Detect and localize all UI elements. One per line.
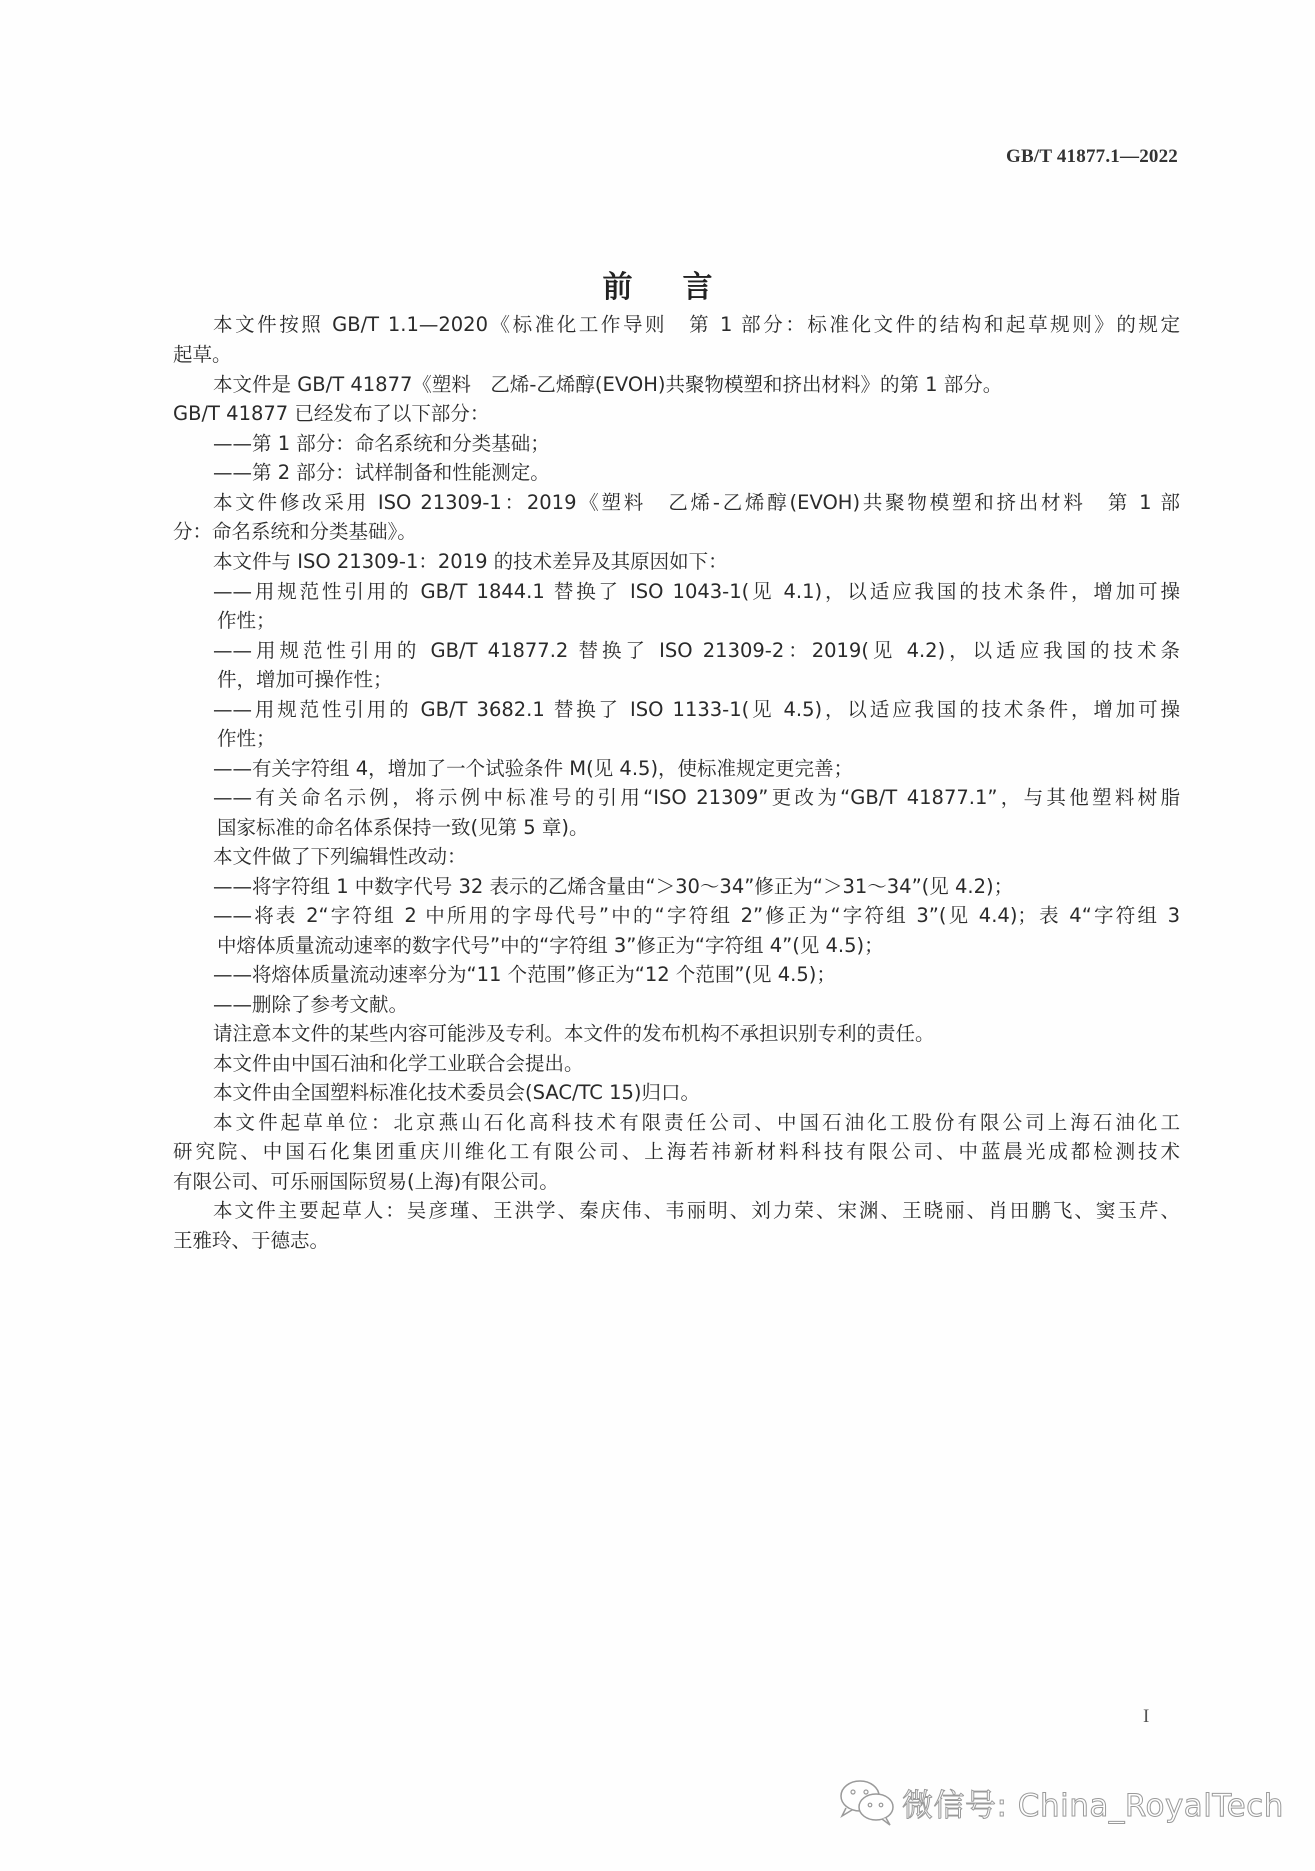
text-line: ——将表 2“字符组 2 中所用的字母代号”中的“字符组 2”修正为“字符组 3…: [213, 901, 1180, 931]
text-line: 本文件按照 GB/T 1.1—2020《标准化工作导则 第 1 部分：标准化文件…: [213, 310, 1180, 340]
text-line: ——第 2 部分：试样制备和性能测定。: [213, 458, 550, 488]
text-line: ——将字符组 1 中数字代号 32 表示的乙烯含量由“＞30～34”修正为“＞3…: [213, 872, 1013, 902]
text-line: 研究院、中国石化集团重庆川维化工有限公司、上海若祎新材料科技有限公司、中蓝晨光成…: [173, 1137, 1180, 1167]
text-line: ——将熔体质量流动速率分为“11 个范围”修正为“12 个范围”(见 4.5)；: [213, 960, 836, 990]
text-line: 本文件由中国石油和化学工业联合会提出。: [213, 1049, 584, 1079]
text-line: 起草。: [173, 340, 232, 370]
text-line: 有限公司、可乐丽国际贸易(上海)有限公司。: [173, 1167, 559, 1197]
text-line: 本文件做了下列编辑性改动：: [213, 842, 467, 872]
text-line: 件，增加可操作性；: [217, 665, 393, 695]
text-line: ——删除了参考文献。: [213, 990, 408, 1020]
text-line: 中熔体质量流动速率的数字代号”中的“字符组 3”修正为“字符组 4”(见 4.5…: [217, 931, 884, 961]
watermark-text: 微信号: China_RoyalTech: [902, 1780, 1284, 1825]
text-line: 本文件与 ISO 21309-1：2019 的技术差异及其原因如下：: [213, 547, 728, 577]
text-line: ——用规范性引用的 GB/T 41877.2 替换了 ISO 21309-2：2…: [213, 636, 1180, 666]
text-line: ——用规范性引用的 GB/T 3682.1 替换了 ISO 1133-1(见 4…: [213, 695, 1180, 725]
wechat-watermark: 微信号: China_RoyalTech: [838, 1780, 1284, 1824]
standard-number: GB/T 41877.1—2022: [1006, 146, 1178, 168]
wechat-icon: [838, 1778, 896, 1826]
text-line: 本文件是 GB/T 41877《塑料 乙烯-乙烯醇(EVOH)共聚物模塑和挤出材…: [213, 370, 1002, 400]
document-page: GB/T 41877.1—2022 前言 本文件按照 GB/T 1.1—2020…: [0, 0, 1315, 1871]
page-title: 前言: [0, 262, 1315, 306]
text-line: 作性；: [217, 606, 276, 636]
page-number: I: [1143, 1706, 1149, 1728]
text-line: 本文件主要起草人：吴彦瑾、王洪学、秦庆伟、韦丽明、刘力荣、宋渊、王晓丽、肖田鹏飞…: [213, 1196, 1180, 1226]
text-line: 本文件由全国塑料标准化技术委员会(SAC/TC 15)归口。: [213, 1078, 700, 1108]
text-line: 本文件起草单位：北京燕山石化高科技术有限责任公司、中国石油化工股份有限公司上海石…: [213, 1108, 1180, 1138]
text-line: ——有关字符组 4，增加了一个试验条件 M(见 4.5)，使标准规定更完善；: [213, 754, 853, 784]
text-line: 本文件修改采用 ISO 21309-1：2019《塑料 乙烯-乙烯醇(EVOH)…: [213, 488, 1180, 518]
text-line: 分：命名系统和分类基础》。: [173, 517, 417, 547]
text-line: ——第 1 部分：命名系统和分类基础；: [213, 429, 550, 459]
text-line: ——有关命名示例，将示例中标准号的引用“ISO 21309”更改为“GB/T 4…: [213, 783, 1180, 813]
text-line: 王雅玲、于德志。: [173, 1226, 329, 1256]
text-line: 国家标准的命名体系保持一致(见第 5 章)。: [217, 813, 589, 843]
text-line: GB/T 41877 已经发布了以下部分：: [173, 399, 489, 429]
text-line: ——用规范性引用的 GB/T 1844.1 替换了 ISO 1043-1(见 4…: [213, 577, 1180, 607]
text-line: 作性；: [217, 724, 276, 754]
text-line: 请注意本文件的某些内容可能涉及专利。本文件的发布机构不承担识别专利的责任。: [213, 1019, 935, 1049]
